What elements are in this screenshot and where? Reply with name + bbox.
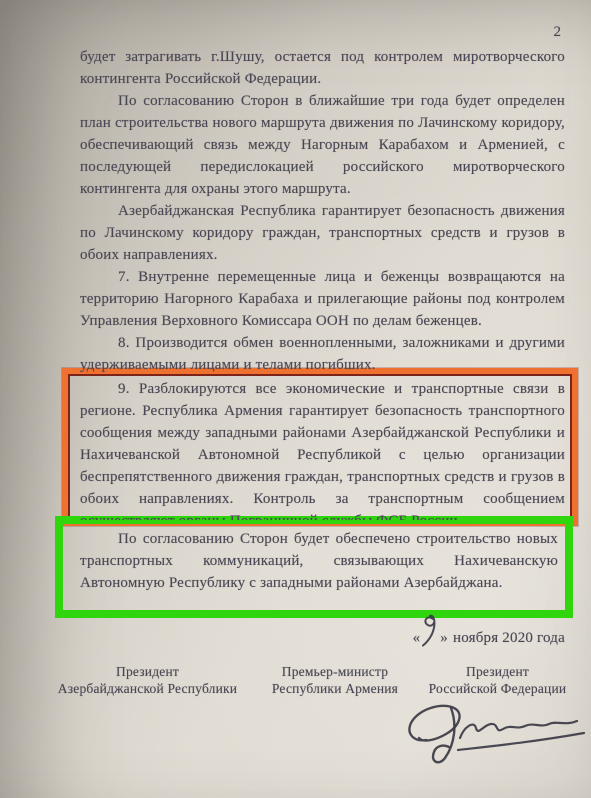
signatory-title: Премьер-министр (255, 663, 415, 680)
signatory-russia: Президент Российской Федерации (415, 663, 580, 697)
paragraph-route-plan: По согласованию Сторон в ближайшие три г… (80, 90, 565, 200)
paragraph-continuation: будет затрагивать г.Шушу, остается под к… (80, 46, 565, 90)
date-line: « »ноября 2020 года (80, 626, 565, 649)
paragraph-7-refugees: 7. Внутренне перемещенные лица и беженцы… (80, 266, 565, 332)
signatory-title: Президент (415, 663, 580, 680)
green-highlight-box: По согласованию Сторон будет обеспечено … (55, 516, 573, 618)
orange-highlight-box: 9. Разблокируются все экономические и тр… (62, 368, 578, 526)
signatory-org: Азербайджанской Республики (40, 680, 255, 697)
signatories-row: Президент Азербайджанской Республики Пре… (40, 663, 576, 697)
open-quote: « (413, 630, 421, 646)
paragraph-lachin-safety: Азербайджанская Республика гарантирует б… (80, 200, 565, 266)
date-text: ноября 2020 года (453, 630, 565, 646)
paragraph-new-communications: По согласованию Сторон будет обеспечено … (80, 528, 558, 594)
signatory-title: Президент (40, 663, 255, 680)
signatory-armenia: Премьер-министр Республики Армения (255, 663, 415, 697)
page-number: 2 (554, 24, 562, 41)
handwritten-day-icon (420, 626, 440, 646)
signatory-azerbaijan: Президент Азербайджанской Республики (40, 663, 255, 697)
putin-signature-icon (398, 696, 590, 774)
paragraph-9-unblocking: 9. Разблокируются все экономические и тр… (80, 378, 565, 526)
document-body: будет затрагивать г.Шушу, остается под к… (80, 46, 565, 697)
signatory-org: Республики Армения (255, 680, 415, 697)
signatory-org: Российской Федерации (415, 680, 580, 697)
document-photo: 2 будет затрагивать г.Шушу, остается под… (0, 0, 591, 798)
